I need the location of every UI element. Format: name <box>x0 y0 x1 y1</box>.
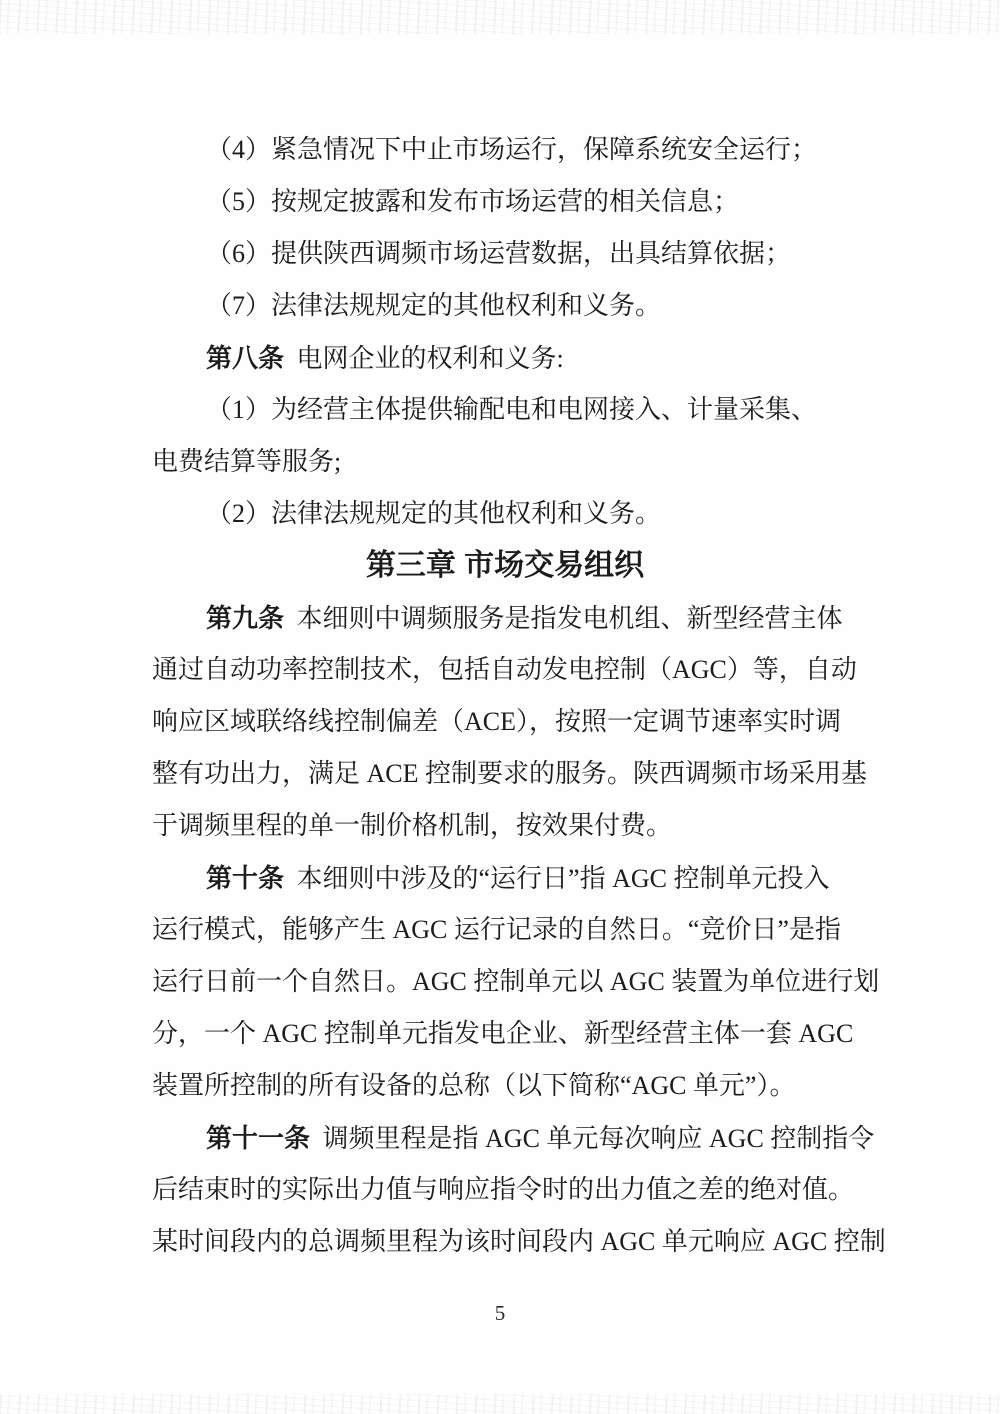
scan-noise-bottom <box>0 1394 1000 1414</box>
text-column: （4）紧急情况下中止市场运行，保障系统安全运行； （5）按规定披露和发布市场运营… <box>152 124 858 1268</box>
article-8-heading-line: 第八条 电网企业的权利和义务: <box>152 332 858 384</box>
article-10-heading-line: 第十条 本细则中涉及的“运行日”指 AGC 控制单元投入 <box>152 852 858 904</box>
article-10-number: 第十条 <box>206 863 284 893</box>
article-11-heading-line: 第十一条 调频里程是指 AGC 单元每次响应 AGC 控制指令 <box>152 1112 858 1164</box>
article-8-title: 电网企业的权利和义务: <box>290 344 564 373</box>
list-item-2: （2）法律法规规定的其他权利和义务。 <box>152 488 858 540</box>
text-line: 分，一个 AGC 控制单元指发电企业、新型经营主体一套 AGC <box>152 1008 858 1060</box>
list-item-1: （1）为经营主体提供输配电和电网接入、计量采集、 <box>152 384 858 436</box>
scan-noise-top <box>0 0 1000 34</box>
article-11-text: 调频里程是指 AGC 单元每次响应 AGC 控制指令 <box>316 1124 874 1153</box>
text-line: 于调频里程的单一制价格机制，按效果付费。 <box>152 800 858 852</box>
list-item-6: （6）提供陕西调频市场运营数据，出具结算依据； <box>152 228 858 280</box>
text-line: 电费结算等服务; <box>152 436 858 488</box>
article-9-number: 第九条 <box>206 603 284 633</box>
text-line: 后结束时的实际出力值与响应指令时的出力值之差的绝对值。 <box>152 1164 858 1216</box>
text-line: 整有功出力，满足 ACE 控制要求的服务。陕西调频市场采用基 <box>152 748 858 800</box>
text-line: 装置所控制的所有设备的总称（以下简称“AGC 单元”）。 <box>152 1060 858 1112</box>
text-line: 运行日前一个自然日。AGC 控制单元以 AGC 装置为单位进行划 <box>152 956 858 1008</box>
text-line: 通过自动功率控制技术，包括自动发电控制（AGC）等，自动 <box>152 644 858 696</box>
text-line: 响应区域联络线控制偏差（ACE），按照一定调节速率实时调 <box>152 696 858 748</box>
chapter-3-heading: 第三章 市场交易组织 <box>152 540 858 592</box>
article-9-text: 本细则中调频服务是指发电机组、新型经营主体 <box>290 604 843 633</box>
list-item-7: （7）法律法规规定的其他权利和义务。 <box>152 280 858 332</box>
article-10-text: 本细则中涉及的“运行日”指 AGC 控制单元投入 <box>290 864 829 893</box>
article-8-number: 第八条 <box>206 343 284 373</box>
article-11-number: 第十一条 <box>206 1123 310 1153</box>
list-item-4: （4）紧急情况下中止市场运行，保障系统安全运行； <box>152 124 858 176</box>
document-page: （4）紧急情况下中止市场运行，保障系统安全运行； （5）按规定披露和发布市场运营… <box>0 0 1000 1414</box>
text-line: 运行模式，能够产生 AGC 运行记录的自然日。“竞价日”是指 <box>152 904 858 956</box>
page-number: 5 <box>0 1298 1000 1328</box>
text-line: 某时间段内的总调频里程为该时间段内 AGC 单元响应 AGC 控制 <box>152 1216 858 1268</box>
article-9-heading-line: 第九条 本细则中调频服务是指发电机组、新型经营主体 <box>152 592 858 644</box>
list-item-5: （5）按规定披露和发布市场运营的相关信息； <box>152 176 858 228</box>
